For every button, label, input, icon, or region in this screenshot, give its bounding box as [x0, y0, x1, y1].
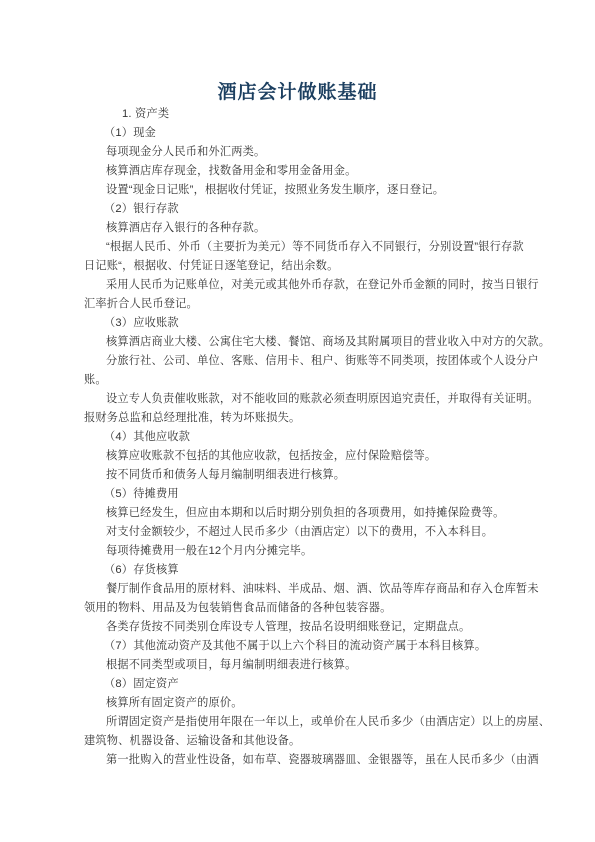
doc-line: （3）应收账款 — [84, 314, 516, 333]
doc-line: 按不同货币和债务人每月编制明细表进行核算。 — [84, 466, 516, 485]
doc-line: 核算酒店商业大楼、公寓住宅大楼、餐馆、商场及其附属项目的营业收入中对方的欠款。 — [84, 333, 516, 352]
doc-line: （1）现金 — [84, 124, 516, 143]
doc-line: 采用人民币为记账单位，对美元或其他外币存款，在登记外币金额的同时，按当日银行 — [84, 276, 516, 295]
doc-line: 核算已经发生，但应由本期和以后时期分别负担的各项费用，如持摊保险费等。 — [84, 504, 516, 523]
doc-line: （2）银行存款 — [84, 200, 516, 219]
doc-line: 汇率折合人民币登记。 — [84, 295, 516, 314]
doc-line: 设立专人负责催收账款，对不能收回的账款必须查明原因追究责任，并取得有关证明。 — [84, 390, 516, 409]
doc-line: （7）其他流动资产及其他不属于以上六个科目的流动资产属于本科目核算。 — [84, 637, 516, 656]
doc-line: 账。 — [84, 371, 516, 390]
doc-line: 餐厅制作食品用的原材料、油味料、半成品、烟、酒、饮品等库存商品和存入仓库暂未 — [84, 580, 516, 599]
doc-line: 每项待摊费用一般在12个月内分摊完毕。 — [84, 542, 516, 561]
doc-line: 对支付金额较少，不超过人民币多少（由酒店定）以下的费用，不入本科目。 — [84, 523, 516, 542]
document-page: 酒店会计做账基础 1. 资产类（1）现金每项现金分人民币和外汇两类。核算酒店库存… — [0, 0, 595, 842]
doc-line: 建筑物、机器设备、运输设备和其他设备。 — [84, 732, 516, 751]
document-body: 1. 资产类（1）现金每项现金分人民币和外汇两类。核算酒店库存现金，找数备用金和… — [84, 105, 516, 770]
doc-line: （5）待摊费用 — [84, 485, 516, 504]
doc-line: 所谓固定资产是指使用年限在一年以上，或单价在人民币多少（由酒店定）以上的房屋、 — [84, 713, 516, 732]
doc-line: 根据不同类型或项目，每月编制明细表进行核算。 — [84, 656, 516, 675]
doc-line: 每项现金分人民币和外汇两类。 — [84, 143, 516, 162]
doc-line: （6）存货核算 — [84, 561, 516, 580]
doc-line: 核算酒店存入银行的各种存款。 — [84, 219, 516, 238]
doc-line: 核算应收账款不包括的其他应收款，包括按金，应付保险赔偿等。 — [84, 447, 516, 466]
page-title: 酒店会计做账基础 — [0, 77, 595, 104]
doc-line: （4）其他应收款 — [84, 428, 516, 447]
doc-line: 日记账“，根据收、付凭证日逐笔登记，结出余数。 — [84, 257, 516, 276]
doc-line: 分旅行社、公司、单位、客账、信用卡、租户、街账等不同类项，按团体或个人设分户 — [84, 352, 516, 371]
doc-line: 核算酒店库存现金，找数备用金和零用金备用金。 — [84, 162, 516, 181]
doc-line: 设置“现金日记账”，根据收付凭证，按照业务发生顺序，逐日登记。 — [84, 181, 516, 200]
doc-line: 报财务总监和总经理批准，转为坏账损失。 — [84, 409, 516, 428]
doc-line: 第一批购入的营业性设备，如布草、瓷器玻璃器皿、金银器等，虽在人民币多少（由酒 — [84, 751, 516, 770]
doc-line: 1. 资产类 — [84, 105, 516, 124]
doc-line: “根据人民币、外币（主要折为美元）等不同货币存入不同银行，分别设置”银行存款 — [84, 238, 516, 257]
doc-line: 领用的物料、用品及为包装销售食品而储备的各种包装容器。 — [84, 599, 516, 618]
doc-line: （8）固定资产 — [84, 675, 516, 694]
doc-line: 核算所有固定资产的原价。 — [84, 694, 516, 713]
doc-line: 各类存货按不同类别仓库设专人管理，按品名设明细账登记，定期盘点。 — [84, 618, 516, 637]
